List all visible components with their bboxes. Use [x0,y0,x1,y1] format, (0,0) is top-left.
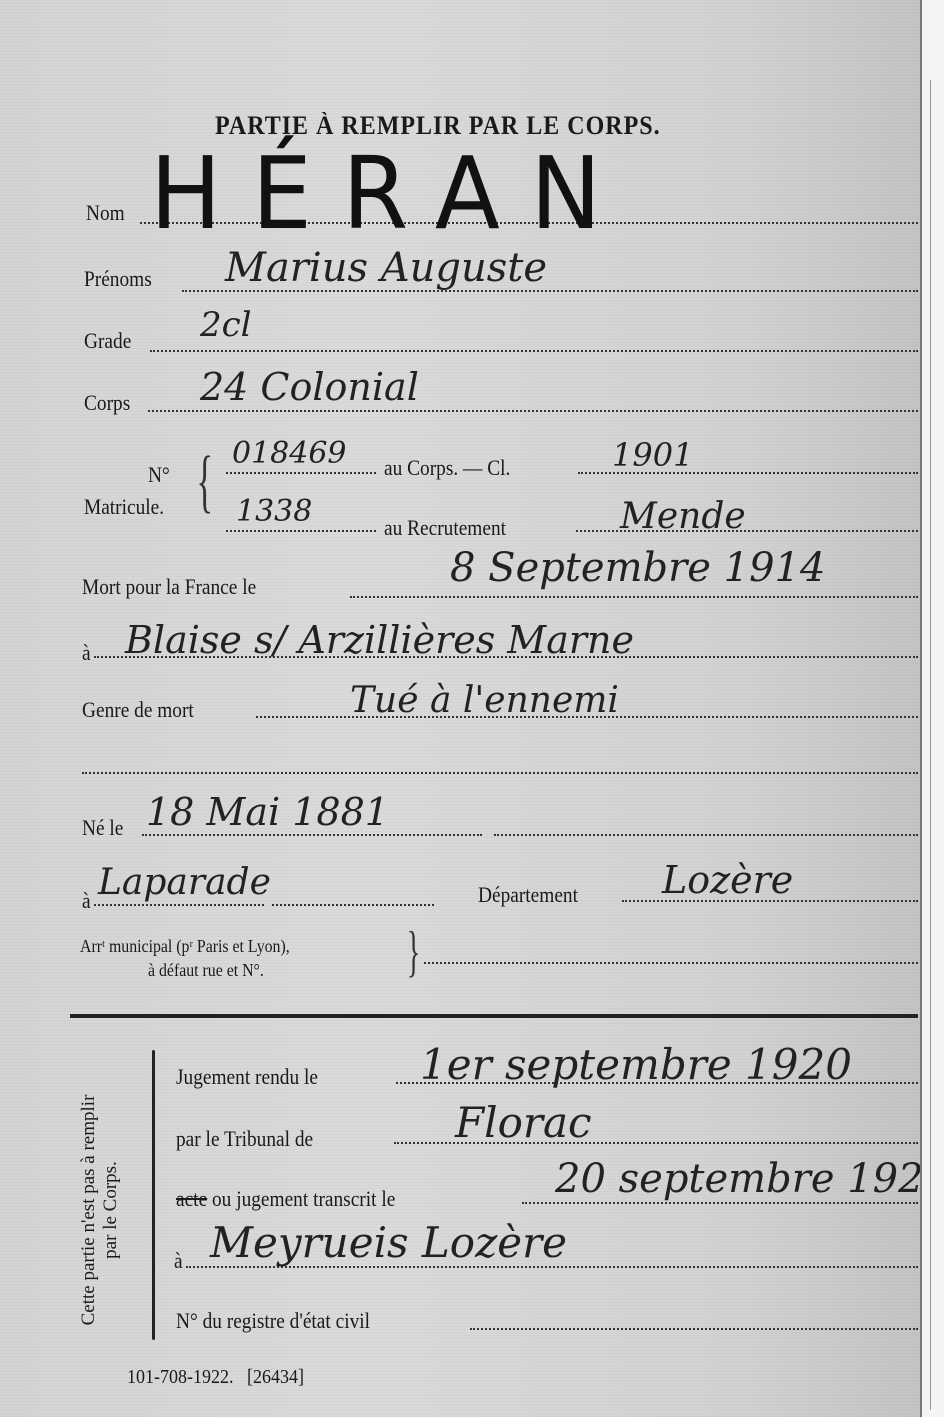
label-prenoms-text: Prénoms [84,266,152,291]
registre-field-line [470,1328,918,1330]
transcription-lieu-value: Meyrueis Lozère [210,1218,567,1267]
label-no: N° [148,462,170,488]
transcription-date-field-line [522,1202,918,1204]
label-arr-1-text: Arrᵗ municipal (pʳ Paris et Lyon), [80,936,290,956]
recrutement-value: Mende [620,496,746,537]
label-corps-text: Corps [84,390,130,415]
label-tribunal-text: par le Tribunal de [176,1126,313,1151]
side-brace [152,1050,155,1340]
label-mort-pour-la-france: Mort pour la France le [82,574,256,600]
date-deces-field-line [350,596,918,598]
label-au-recrutement-text: au Recrutement [384,515,506,540]
label-no-text: N° [148,462,170,487]
lieu-naissance-field-line-2 [272,904,434,906]
tribunal-value: Florac [455,1098,592,1147]
footer-code: 101-708-1922. [127,1366,233,1388]
label-au-recrutement: au Recrutement [384,515,506,541]
date-naissance-field-line-2 [494,834,918,836]
date-deces-value: 8 Septembre 1914 [450,545,825,591]
label-par-le-tribunal: par le Tribunal de [176,1126,313,1152]
matricule-corps-line [226,472,376,474]
label-a-transcription-text: à [174,1248,183,1273]
label-a-naissance: à [82,888,91,914]
side-note: Cette partie n'est pas à remplir par le … [78,1085,122,1335]
label-nom: Nom [86,200,125,226]
footer-ref: [26434] [247,1366,304,1388]
arr-brace: } [407,920,420,984]
label-arr-2-text: à défaut rue et N°. [148,960,264,980]
section-divider [70,1014,918,1018]
label-grade-text: Grade [84,328,131,353]
page-edge [920,0,944,1417]
footer-reference: 101-708-1922. [26434] [127,1366,304,1389]
label-matricule-text: Matricule. [84,494,164,519]
date-naissance-field-line [142,834,482,836]
label-genre-de-mort: Genre de mort [82,697,194,723]
corps-field-line [148,410,918,412]
matricule-recrutement-value: 1338 [236,494,312,529]
date-naissance-value: 18 Mai 1881 [146,790,389,834]
label-ne-le-text: Né le [82,815,123,840]
label-transcrit-text: ou jugement transcrit le [212,1186,395,1211]
label-departement-text: Département [478,882,578,907]
label-nom-text: Nom [86,200,125,225]
label-au-corps-text: au Corps. — Cl. [384,455,510,480]
matricule-recrutement-line [226,530,376,532]
label-jugement-rendu: Jugement rendu le [176,1064,318,1090]
label-acte-struck: acte [176,1186,207,1211]
jugement-date-value: 1er septembre 1920 [420,1040,852,1089]
label-genre-text: Genre de mort [82,697,194,722]
label-a-transcription: à [174,1248,183,1274]
label-departement: Département [478,882,578,908]
label-a-deces-text: à [82,640,91,665]
label-matricule: Matricule. [84,494,164,520]
label-a-deces: à [82,640,91,666]
label-arr-municipal-2: à défaut rue et N°. [148,960,264,981]
label-a-naissance-text: à [82,888,91,913]
arr-municipal-field-line [424,962,918,964]
lieu-naissance-value: Laparade [98,862,271,903]
grade-field-line [150,350,918,352]
nom-value: HÉRAN [150,135,632,252]
label-ne-le: Né le [82,815,123,841]
transcription-date-value: 20 septembre 1920 [555,1156,944,1202]
prenoms-value: Marius Auguste [225,245,547,291]
genre-field-line-2 [82,772,918,774]
corps-value: 24 Colonial [200,365,419,409]
label-transcrit: acte ou jugement transcrit le [176,1186,395,1212]
label-au-corps: au Corps. — Cl. [384,455,510,481]
label-arr-municipal-1: Arrᵗ municipal (pʳ Paris et Lyon), [80,936,290,957]
classe-value: 1901 [612,436,693,474]
label-no-registre: N° du registre d'état civil [176,1308,370,1334]
lieu-naissance-field-line [94,904,264,906]
label-grade: Grade [84,328,131,354]
matricule-brace: { [196,442,213,522]
lieu-deces-value: Blaise s/ Arzillières Marne [125,618,634,662]
document-page: PARTIE À REMPLIR PAR LE CORPS. Nom HÉRAN… [0,0,920,1417]
genre-de-mort-value: Tué à l'ennemi [350,680,619,721]
label-mort-text: Mort pour la France le [82,574,256,599]
matricule-corps-value: 018469 [232,436,347,471]
label-registre-text: N° du registre d'état civil [176,1308,370,1333]
grade-value: 2cl [200,305,252,345]
label-jugement-text: Jugement rendu le [176,1064,318,1089]
departement-value: Lozère [662,858,793,902]
label-prenoms: Prénoms [84,266,152,292]
label-corps: Corps [84,390,130,416]
